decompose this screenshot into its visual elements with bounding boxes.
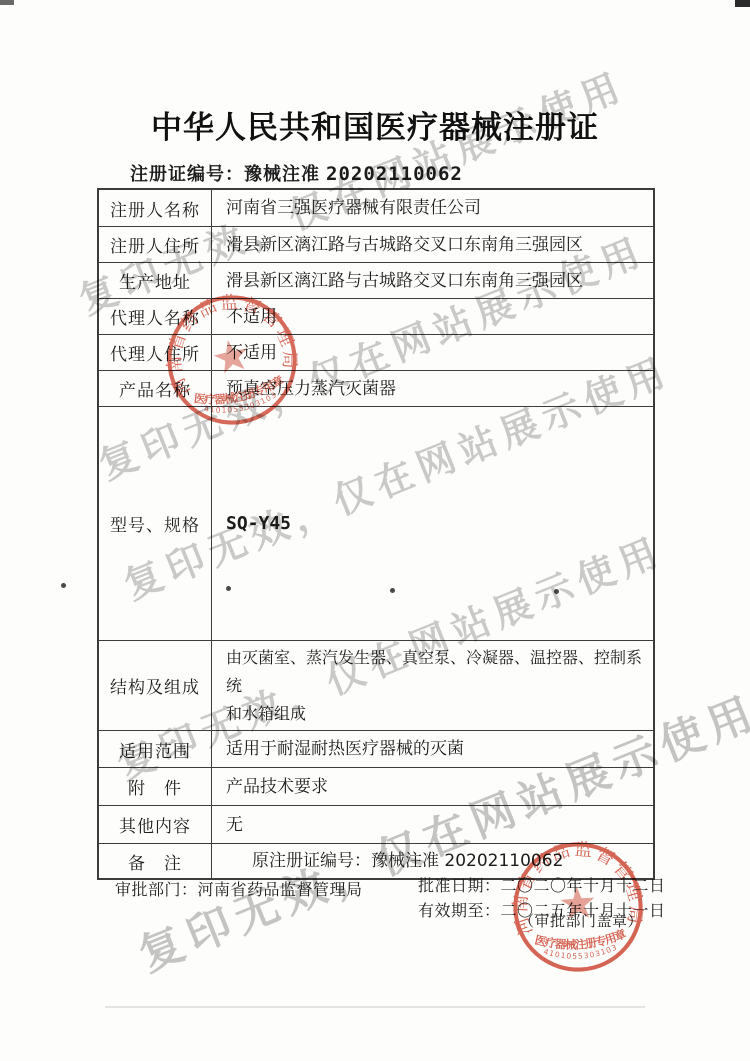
valid-until-label: 有效期至： [418,901,501,920]
table-row: 附 件 产品技术要求 [99,767,653,805]
table-row: 注册人住所 滑县新区漓江路与古城路交叉口东南角三强园区 [99,226,653,262]
row-label: 注册人名称 [99,190,212,226]
row-label: 适用范围 [99,731,212,767]
table-row: 生产地址 滑县新区漓江路与古城路交叉口东南角三强园区 [99,262,653,298]
scan-dot [61,583,66,588]
scan-dot [390,588,395,593]
star-icon [211,337,251,375]
red-seal-stamp: 河南省药品监督管理局 医疗器械注册专用章 4101055303103 [505,834,650,979]
row-label: 生产地址 [99,263,212,298]
registration-number-label: 注册证编号： [130,164,244,185]
row-value: 由灭菌室、蒸汽发生器、真空泵、冷凝器、温控器、控制系统 和水箱组成 [212,641,653,730]
scan-shadow-line [105,1006,645,1008]
scan-dot [226,586,231,591]
table-row: 其他内容 无 [99,805,653,843]
table-row: 适用范围 适用于耐湿耐热医疗器械的灭菌 [99,730,653,767]
approval-department-label: 审批部门： [115,880,198,899]
row-label: 型号、规格 [99,407,212,640]
table-row: 注册人名称 河南省三强医疗器械有限责任公司 [99,190,653,226]
row-value: SQ-Y45 [212,407,653,640]
row-value: 河南省三强医疗器械有限责任公司 [212,190,653,226]
scan-dot [554,589,559,594]
table-row: 型号、规格 SQ-Y45 [99,406,653,640]
seal-here-note: （审批部门盖章） [519,910,643,931]
row-label: 结构及组成 [99,641,212,730]
approval-department-line: 审批部门：河南省药品监督管理局 [115,877,363,900]
approval-department-value: 河南省药品监督管理局 [198,880,363,899]
row-value: 滑县新区漓江路与古城路交叉口东南角三强园区 [212,227,653,262]
red-seal-stamp: 河南省药品监督管理局 医疗器械注册专用章 4101055303103 [151,279,312,440]
row-value: 产品技术要求 [212,768,653,805]
scan-corner-mark [0,0,14,5]
registration-number-line: 注册证编号：豫械注准20202110062 [130,160,463,186]
row-label: 附 件 [99,768,212,805]
approval-date-label: 批准日期： [418,876,501,895]
row-label: 备 注 [99,844,212,878]
certificate-table: 注册人名称 河南省三强医疗器械有限责任公司 注册人住所 滑县新区漓江路与古城路交… [97,188,655,880]
scanned-certificate-page: { "title": "中华人民共和国医疗器械注册证", "reg": { "l… [0,0,750,1061]
registration-number-value: 20202110062 [326,163,463,185]
scan-corner-mark [735,0,750,7]
registration-number-prefix: 豫械注准 [244,164,320,185]
table-row: 结构及组成 由灭菌室、蒸汽发生器、真空泵、冷凝器、温控器、控制系统 和水箱组成 [99,640,653,730]
certificate-title: 中华人民共和国医疗器械注册证 [0,102,750,147]
row-value: 适用于耐湿耐热医疗器械的灭菌 [212,731,653,767]
row-label: 注册人住所 [99,227,212,262]
row-label: 其他内容 [99,806,212,843]
